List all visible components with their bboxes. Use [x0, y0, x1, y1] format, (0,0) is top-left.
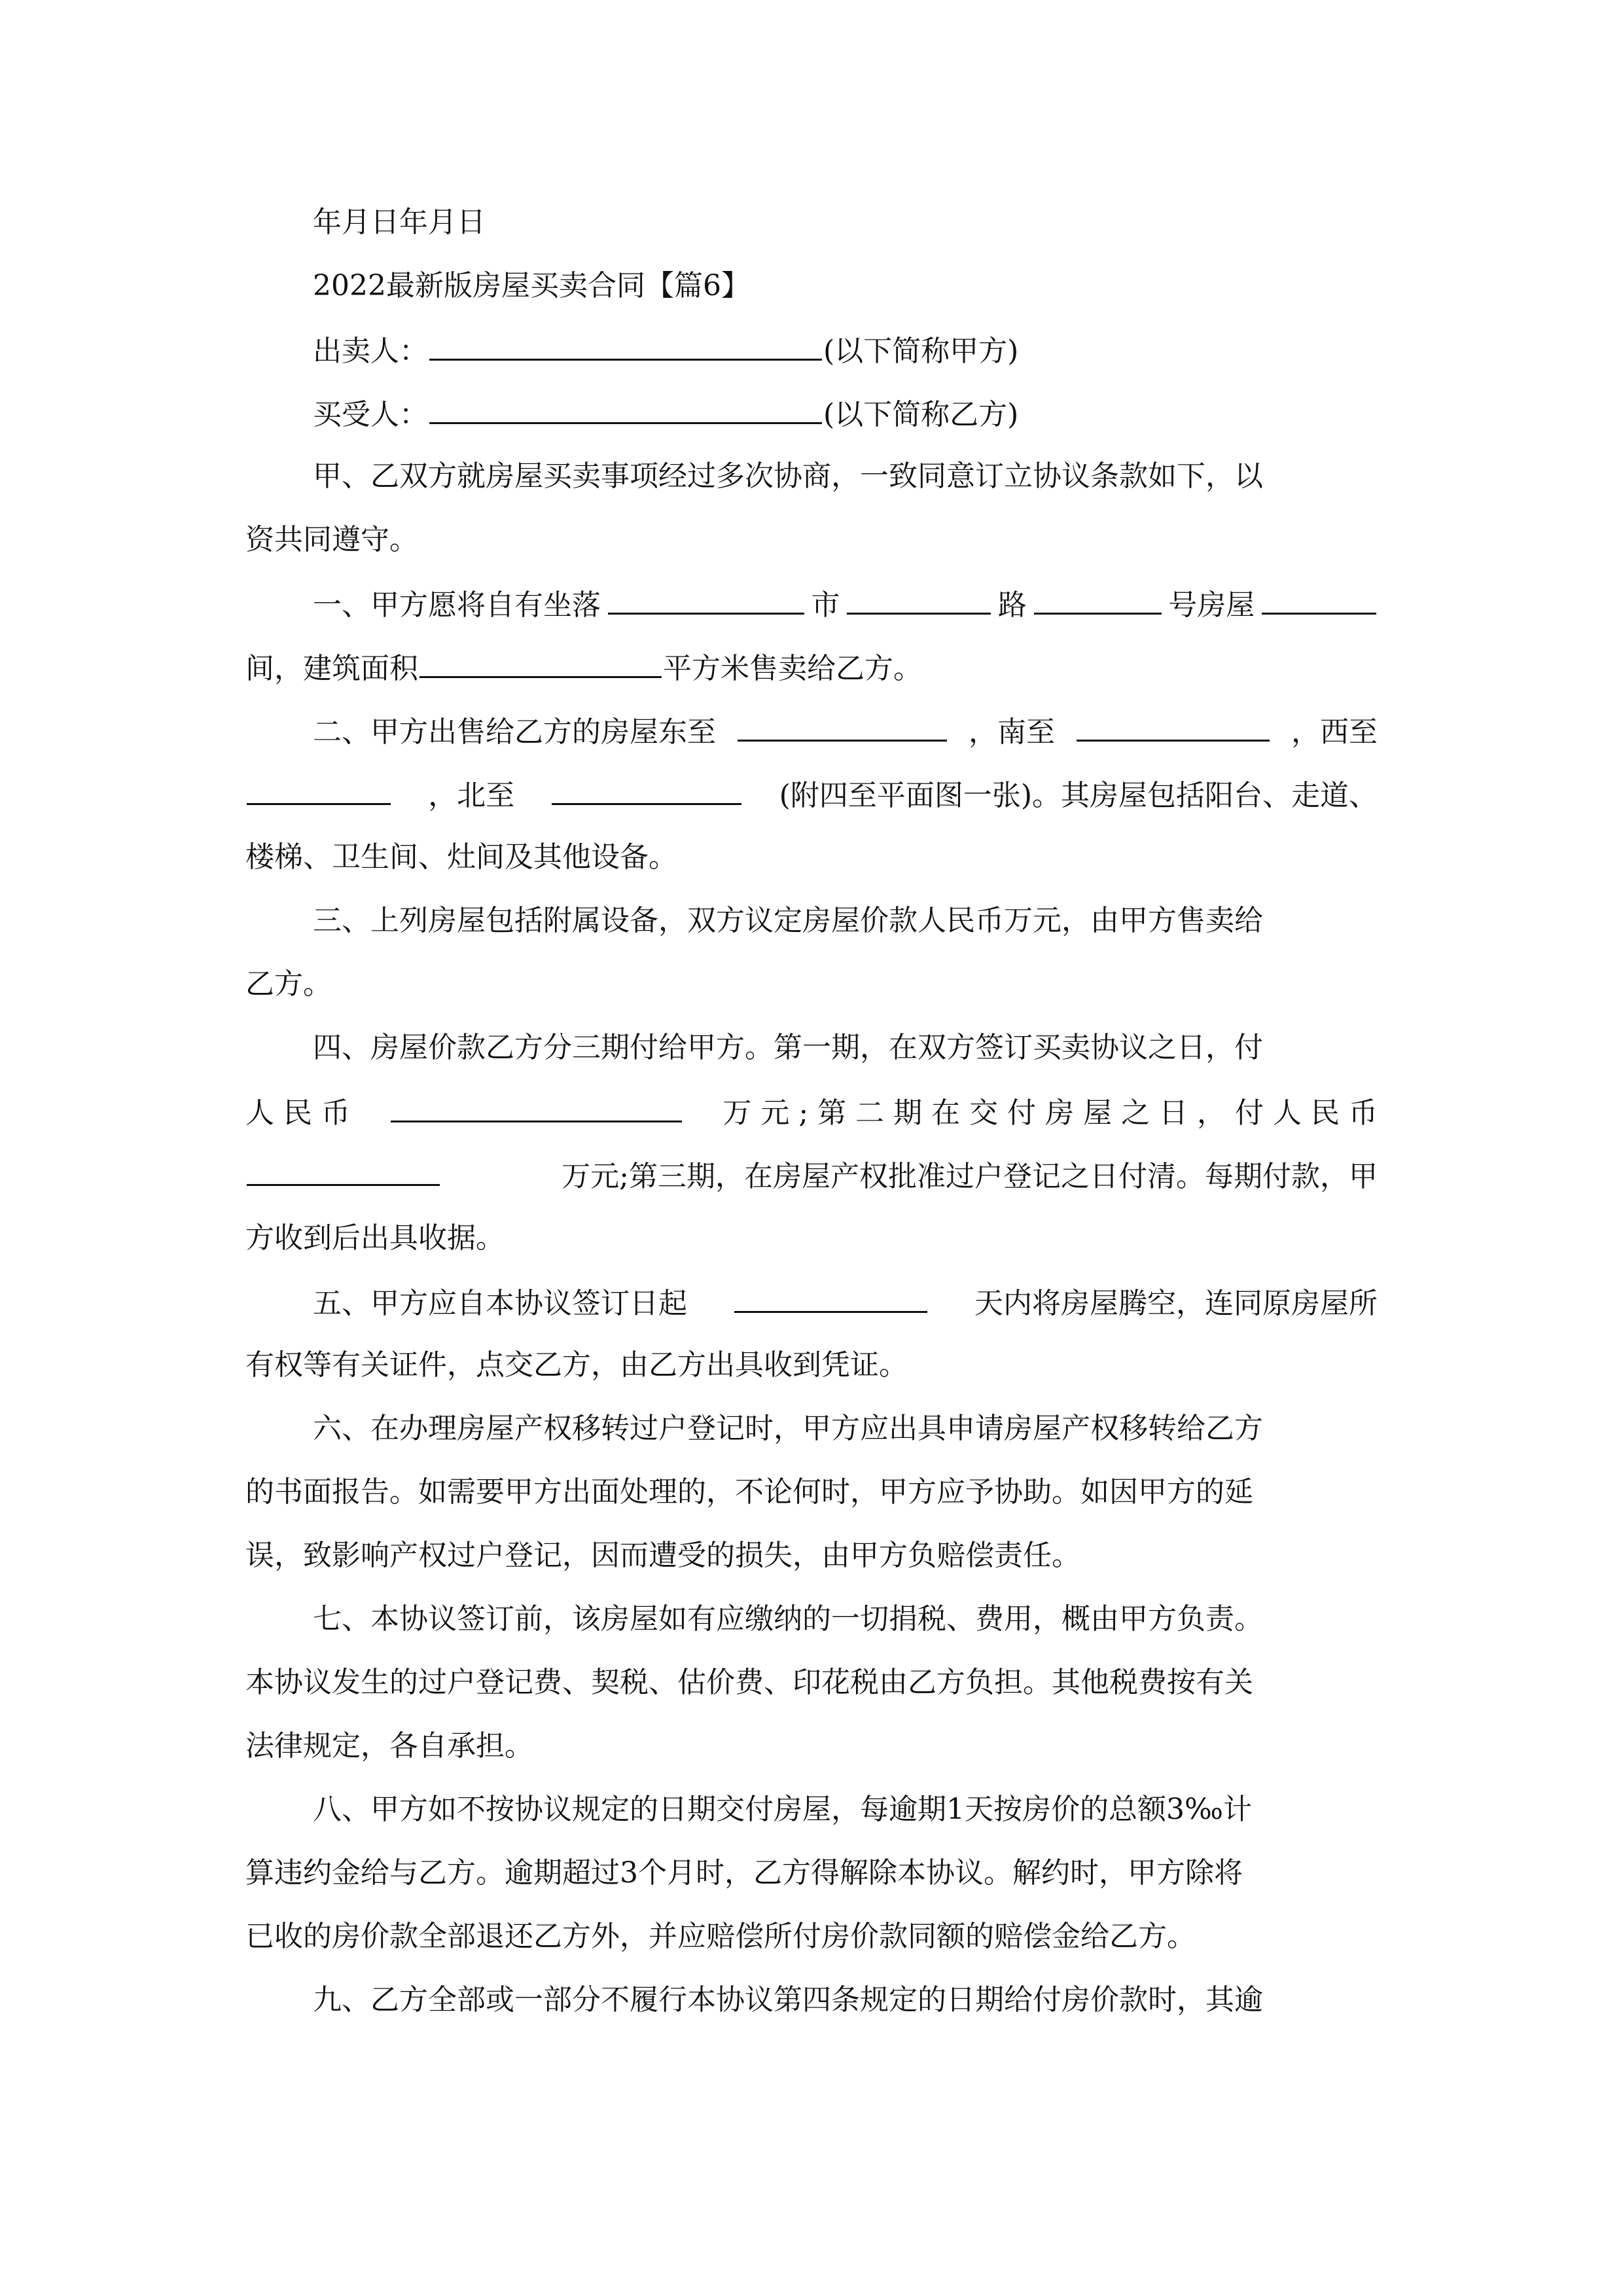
text-line: 买受人：(以下简称乙方) — [313, 393, 1378, 433]
fill-in-blank[interactable] — [247, 1155, 440, 1186]
text-line: 五、甲方应自本协议签订日起天内将房屋腾空，连同原房屋所 — [313, 1282, 1378, 1321]
text-line: 方收到后出具收据。 — [245, 1219, 1378, 1258]
text-line: 六、在办理房屋产权移转过户登记时，甲方应出具申请房屋产权移转给乙方 — [313, 1409, 1378, 1448]
text-line: 九、乙方全部或一部分不履行本协议第四条规定的日期给付房价款时，其逾 — [313, 1981, 1378, 2020]
text-segment: 年月日年月日 — [313, 203, 486, 242]
fill-in-blank[interactable] — [391, 1092, 682, 1122]
text-line: 万元;第三期，在房屋产权批准过户登记之日付清。每期付款，甲 — [245, 1155, 1378, 1194]
text-segment: ，南至 — [969, 713, 1055, 752]
text-segment: 买受人： — [313, 395, 428, 435]
text-segment: 有权等有关证件，点交乙方，由乙方出具收到凭证。 — [245, 1346, 908, 1385]
fill-in-blank[interactable] — [1077, 711, 1270, 742]
text-segment: 本协议发生的过户登记费、契税、估价费、印花税由乙方负担。其他税费按有关 — [245, 1663, 1253, 1702]
text-line: 三、上列房屋包括附属设备，双方议定房屋价款人民币万元，由甲方售卖给 — [313, 901, 1378, 941]
text-line: 八、甲方如不按协议规定的日期交付房屋，每逾期1天按房价的总额3‰计 — [313, 1790, 1378, 1829]
text-segment: 平方米售卖给乙方。 — [663, 649, 922, 689]
text-line: 误，致影响产权过户登记，因而遭受的损失，由甲方负赔偿责任。 — [245, 1536, 1378, 1575]
text-segment: 万 元 ; 第 二 期 在 交 付 房 屋 之 日 ， 付 人 民 币 — [722, 1094, 1378, 1133]
fill-in-blank[interactable] — [419, 647, 662, 678]
text-segment: 楼梯、卫生间、灶间及其他设备。 — [245, 838, 677, 877]
text-line: 有权等有关证件，点交乙方，由乙方出具收到凭证。 — [245, 1346, 1378, 1385]
fill-in-blank[interactable] — [552, 774, 741, 805]
text-segment: (以下简称甲方) — [823, 332, 1018, 371]
text-segment: 人 民 币 — [245, 1094, 350, 1133]
text-line: 2022最新版房屋买卖合同【篇6】 — [313, 266, 1378, 306]
text-segment: (附四至平面图一张)。其房屋包括阳台、走道、 — [779, 776, 1378, 816]
text-line: 四、房屋价款乙方分三期付给甲方。第一期，在双方签订买卖协议之日，付 — [313, 1028, 1378, 1067]
text-segment: 间，建筑面积 — [245, 649, 418, 689]
text-line: 出卖人：(以下简称甲方) — [313, 330, 1378, 369]
text-segment: 万元;第三期，在房屋产权批准过户登记之日付清。每期付款，甲 — [562, 1157, 1378, 1196]
text-line: 算违约金给与乙方。逾期超过3个月时，乙方得解除本协议。解约时，甲方除将 — [245, 1854, 1378, 1893]
text-segment: 天内将房屋腾空，连同原房屋所 — [974, 1284, 1378, 1323]
text-segment: 出卖人： — [313, 332, 428, 371]
text-segment: 号房屋 — [1168, 586, 1255, 625]
text-segment: 的书面报告。如需要甲方出面处理的，不论何时，甲方应予协助。如因甲方的延 — [245, 1473, 1253, 1512]
text-line: 乙方。 — [245, 965, 1378, 1004]
text-line: 年月日年月日 — [313, 203, 1378, 242]
text-segment: ，西至 — [1291, 713, 1378, 752]
text-segment: 九、乙方全部或一部分不履行本协议第四条规定的日期给付房价款时，其逾 — [313, 1981, 1263, 2020]
fill-in-blank[interactable] — [247, 774, 391, 805]
text-line: 资共同遵守。 — [245, 520, 1378, 560]
text-segment: 甲、乙双方就房屋买卖事项经过多次协商，一致同意订立协议条款如下，以 — [313, 457, 1263, 496]
text-line: 人 民 币万 元 ; 第 二 期 在 交 付 房 屋 之 日 ， 付 人 民 币 — [245, 1092, 1378, 1131]
text-line: 本协议发生的过户登记费、契税、估价费、印花税由乙方负担。其他税费按有关 — [245, 1663, 1378, 1702]
fill-in-blank[interactable] — [608, 584, 804, 615]
fill-in-blank[interactable] — [1034, 584, 1162, 615]
text-segment: 三、上列房屋包括附属设备，双方议定房屋价款人民币万元，由甲方售卖给 — [313, 901, 1263, 941]
text-line: 甲、乙双方就房屋买卖事项经过多次协商，一致同意订立协议条款如下，以 — [313, 457, 1378, 496]
text-segment: 四、房屋价款乙方分三期付给甲方。第一期，在双方签订买卖协议之日，付 — [313, 1028, 1263, 1067]
fill-in-blank[interactable] — [1262, 584, 1376, 615]
fill-in-blank[interactable] — [429, 330, 822, 361]
text-line: 楼梯、卫生间、灶间及其他设备。 — [245, 838, 1378, 877]
text-segment: 六、在办理房屋产权移转过户登记时，甲方应出具申请房屋产权移转给乙方 — [313, 1409, 1263, 1448]
text-line: 间，建筑面积 平方米售卖给乙方。 — [245, 647, 1378, 687]
text-segment: 路 — [998, 586, 1027, 625]
text-segment: 2022最新版房屋买卖合同【篇6】 — [313, 266, 750, 306]
text-line: 法律规定，各自承担。 — [245, 1727, 1378, 1766]
document-page: 年月日年月日2022最新版房屋买卖合同【篇6】出卖人：(以下简称甲方)买受人：(… — [0, 0, 1623, 2296]
text-segment: 法律规定，各自承担。 — [245, 1727, 533, 1766]
text-segment: 乙方。 — [245, 965, 332, 1004]
text-segment: 二、甲方出售给乙方的房屋东至 — [313, 713, 716, 752]
text-line: 七、本协议签订前，该房屋如有应缴纳的一切捐税、费用，概由甲方负责。 — [313, 1600, 1378, 1639]
fill-in-blank[interactable] — [734, 1282, 927, 1313]
text-segment: 市 — [811, 586, 840, 625]
text-segment: (以下简称乙方) — [823, 395, 1018, 435]
fill-in-blank[interactable] — [429, 393, 822, 424]
text-line: 的书面报告。如需要甲方出面处理的，不论何时，甲方应予协助。如因甲方的延 — [245, 1473, 1378, 1512]
text-segment: 八、甲方如不按协议规定的日期交付房屋，每逾期1天按房价的总额3‰计 — [313, 1790, 1252, 1829]
text-line: 二、甲方出售给乙方的房屋东至，南至，西至 — [313, 711, 1378, 750]
text-line: 一、甲方愿将自有坐落市路号房屋 — [313, 584, 1378, 623]
text-segment: 已收的房价款全部退还乙方外，并应赔偿所付房价款同额的赔偿金给乙方。 — [245, 1917, 1196, 1956]
text-segment: 算违约金给与乙方。逾期超过3个月时，乙方得解除本协议。解约时，甲方除将 — [245, 1854, 1243, 1893]
text-segment: 一、甲方愿将自有坐落 — [313, 586, 601, 625]
text-line: ，北至 (附四至平面图一张)。其房屋包括阳台、走道、 — [245, 774, 1378, 814]
fill-in-blank[interactable] — [738, 711, 947, 742]
text-segment: 七、本协议签订前，该房屋如有应缴纳的一切捐税、费用，概由甲方负责。 — [313, 1600, 1263, 1639]
text-segment: ，北至 — [428, 776, 514, 816]
text-segment: 误，致影响产权过户登记，因而遭受的损失，由甲方负赔偿责任。 — [245, 1536, 1080, 1575]
text-line: 已收的房价款全部退还乙方外，并应赔偿所付房价款同额的赔偿金给乙方。 — [245, 1917, 1378, 1956]
text-segment: 五、甲方应自本协议签订日起 — [313, 1284, 687, 1323]
text-segment: 方收到后出具收据。 — [245, 1219, 505, 1258]
text-segment: 资共同遵守。 — [245, 520, 418, 560]
fill-in-blank[interactable] — [847, 584, 991, 615]
